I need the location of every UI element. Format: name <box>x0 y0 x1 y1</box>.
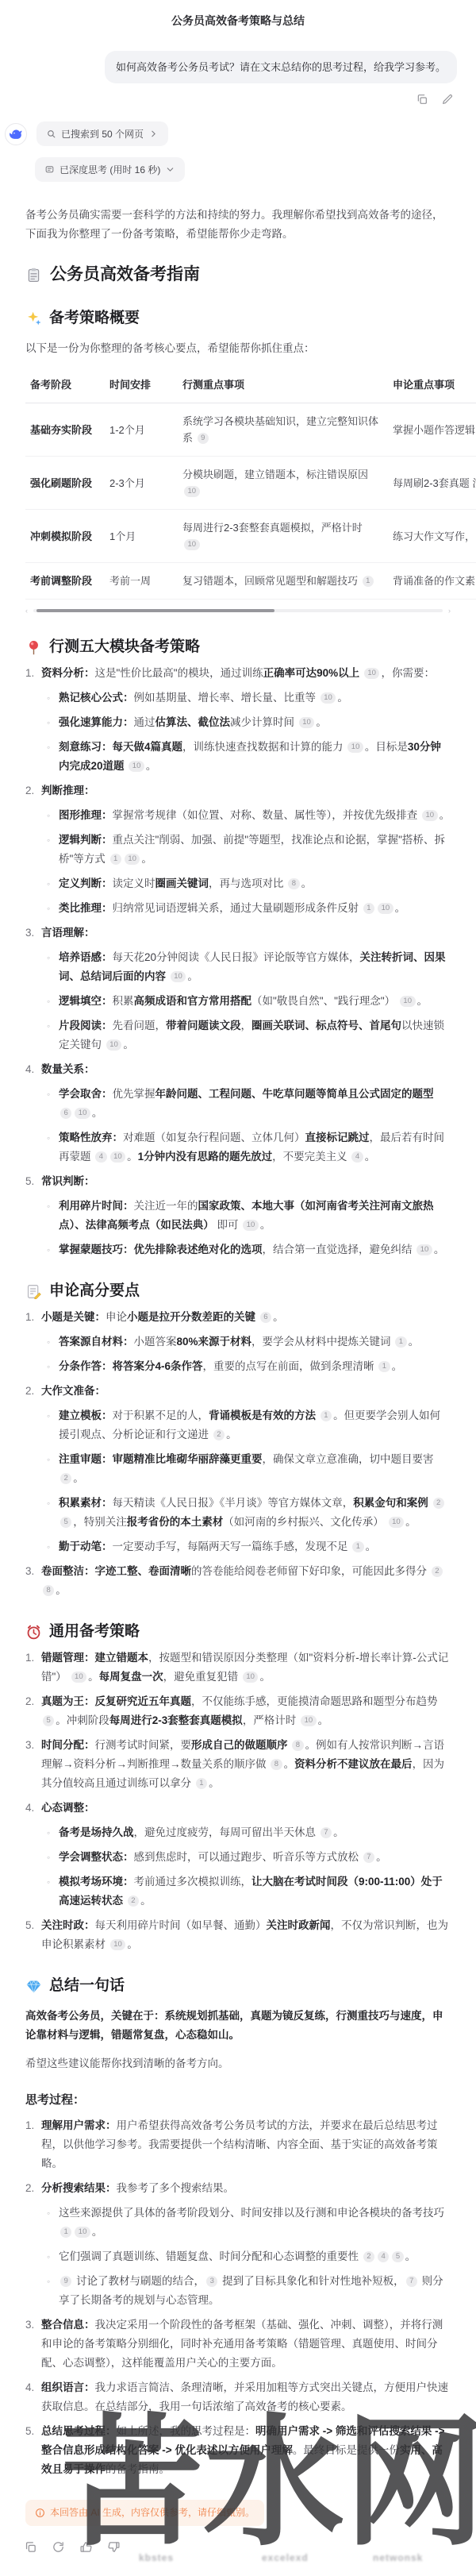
bold-text: 积累金句和案例 <box>353 1497 428 1509</box>
text: ，重要的点写在前面，做到条理清晰 <box>203 1360 378 1372</box>
text: 掌握小题作答逻辑 <box>393 424 475 436</box>
citation-badge[interactable]: 3 <box>206 2276 217 2287</box>
bold-text: 形成自己的做题顺序 <box>191 1739 288 1751</box>
bullet-icon: ◦ <box>47 1085 59 1123</box>
text: 。 <box>88 1671 99 1683</box>
bullet-icon: ◦ <box>47 1357 59 1376</box>
text <box>255 1311 259 1323</box>
sub-list-item: ◦注重审题：审题精准比堆砌华丽辞藻更重要，确保文章立意准确，切中题目要害 2。 <box>25 1450 451 1488</box>
list-item-number: 4. <box>25 1060 41 1079</box>
bold-text: 关注时政新闻 <box>267 1919 331 1931</box>
citation-badge[interactable]: 1 <box>363 903 374 914</box>
list-item: 5.关注时政：每天利用碎片时间（如早餐、通勤）关注时政新闻，不仅为常识判断，也为… <box>25 1916 451 1954</box>
citation-badge[interactable]: 9 <box>60 2276 71 2287</box>
bold-text: 背诵模板是有效的方法 <box>209 1409 316 1421</box>
citation-badge[interactable]: 2 <box>363 2251 374 2262</box>
citation-badge[interactable]: 5 <box>43 1715 54 1726</box>
bullet-icon: ◦ <box>47 1823 59 1842</box>
text: ，避免重复犯错 <box>163 1671 241 1683</box>
citation-badge[interactable]: 8 <box>271 1759 282 1770</box>
bold-text: 优先排除表述绝对化的选项 <box>134 1244 263 1255</box>
citation-badge[interactable]: 5 <box>60 1517 71 1528</box>
citation-badge[interactable]: 2 <box>128 1895 139 1907</box>
bold-text: 理解用户需求： <box>41 2119 117 2131</box>
text: 。 <box>409 1336 420 1348</box>
list-item: 5.常识判断： <box>25 1172 451 1191</box>
ai-generated-notice: 本回答由 AI 生成，内容仅供参考，请仔细甄别。 <box>25 2500 264 2526</box>
list-item-number: 3. <box>25 2316 41 2373</box>
citation-badge[interactable]: 10 <box>75 1108 90 1119</box>
bold-text: 直接标记跳过 <box>305 1132 370 1143</box>
sub-list-item: ◦这些来源提供了具体的备考阶段划分、时间安排以及行测和申论各模块的备考技巧 11… <box>25 2204 451 2242</box>
text: 。 <box>301 877 313 889</box>
bullet-icon: ◦ <box>47 1128 59 1167</box>
text: 。 <box>146 760 157 772</box>
sub-list-item-text: 勤于动笔：一定要动手写，每隔两天写一篇练手感，发现不足 1。 <box>59 1537 451 1556</box>
thumbs-up-icon[interactable] <box>79 2540 93 2554</box>
page-title: 公务员高效备考策略与总结 <box>0 0 476 33</box>
list-item-text: 言语理解： <box>41 924 451 943</box>
list-item-text: 理解用户需求：用户希望获得高效备考公务员考试的方法，并要求在最后总结思考过程，以… <box>41 2116 451 2173</box>
citation-badge[interactable]: 10 <box>321 692 336 704</box>
list-item: 4.组织语言：我力求语言简洁、条理清晰，并采用加粗等方式突出关键点，方便用户快速… <box>25 2378 451 2416</box>
citation-badge[interactable]: 10 <box>378 903 393 914</box>
bold-text: 每周复盘一次 <box>99 1671 163 1683</box>
text: 。 <box>440 809 451 821</box>
section-heading-text: 申论高分要点 <box>49 1280 140 1302</box>
text: 。 <box>405 2250 416 2262</box>
section-heading: 总结一句话 <box>25 1975 451 1997</box>
search-icon <box>46 129 56 139</box>
table-cell: 2-3个月 <box>105 457 178 510</box>
sub-list-item-text: 片段阅读：先看问题，带着问题读文段，圈画关联词、标点符号、首尾句以快速锁定关键句… <box>59 1016 451 1055</box>
citation-badge[interactable]: 4 <box>95 1151 106 1163</box>
bold-text: 大作文准备： <box>41 1385 106 1397</box>
sub-list-item: ◦它们强调了真题训练、错题复盘、时间分配和心态调整的重要性 245。 <box>25 2247 451 2266</box>
citation-badge[interactable]: 10 <box>129 761 144 772</box>
list-item-number: 1. <box>25 2116 41 2173</box>
paragraph: 希望这些建议能帮你找到清晰的备考方向。 <box>25 2054 451 2073</box>
scroll-left-arrow[interactable]: ‹ <box>25 606 28 615</box>
paragraph: 备考公务员确实需要一套科学的方法和持续的努力。我理解你希望找到高效备考的途径，下… <box>25 206 451 244</box>
citation-badge[interactable]: 10 <box>125 854 140 865</box>
sub-list-item-text: 它们强调了真题训练、错题复盘、时间分配和心态调整的重要性 245。 <box>59 2247 451 2266</box>
text: 小题答案 <box>134 1336 177 1348</box>
sub-list-item: ◦类比推理：归纳常见词语逻辑关系，通过大量刷题形成条件反射 110。 <box>25 899 451 918</box>
sub-list-item-text: 强化速算能力：通过估算法、截位法减少计算时间 10。 <box>59 713 451 732</box>
sub-list-item-text: 分条作答：将答案分4-6条作答，重要的点写在前面，做到条理清晰 1。 <box>59 1357 451 1376</box>
citation-badge[interactable]: 7 <box>406 2276 417 2287</box>
list-item-number: 2. <box>25 1382 41 1401</box>
list-item: 2.真题为王：反复研究近五年真题，不仅能练手感，更能摸清命题思路和题型分布趋势 … <box>25 1692 451 1730</box>
section-heading-text: 思考过程： <box>25 2093 85 2107</box>
list-item-text: 分析搜索结果：我参考了多个搜索结果。 <box>41 2179 451 2198</box>
list-item: 1.错题管理：建立错题本，按题型和错误原因分类整理（如"资料分析-增长率计算-公… <box>25 1649 451 1687</box>
sub-list-item-text: 类比推理：归纳常见词语逻辑关系，通过大量刷题形成条件反射 110。 <box>59 899 451 918</box>
text: 一定要动手写，每隔两天写一篇练手感，发现不足 <box>113 1541 351 1552</box>
bullet-icon: ◦ <box>47 1537 59 1556</box>
sub-list-item-text: 学会取舍：优先掌握年龄问题、工程问题、牛吃草问题等简单且公式固定的题型 610。 <box>59 1085 451 1123</box>
text: ，特别关注 <box>73 1516 127 1528</box>
text: 这是"性价比最高"的模块，通过训练 <box>95 667 263 679</box>
sub-list-item-text: 注重审题：审题精准比堆砌华丽辞藻更重要，确保文章立意准确，切中题目要害 2。 <box>59 1450 451 1488</box>
text: 。 <box>259 1671 271 1683</box>
sub-list-item-text: 9 讨论了教材与刷题的结合，3 提到了目标具象化和针对性地补短板，7 则分享了长… <box>59 2272 451 2310</box>
sub-list-item: ◦备考是场持久战，避免过度疲劳，每周可留出半天休息 7。 <box>25 1823 451 1842</box>
section-heading-text: 行测五大模块备考策略 <box>49 636 200 658</box>
bullet-icon: ◦ <box>47 1848 59 1867</box>
citation-badge[interactable]: 6 <box>60 1108 71 1119</box>
citation-badge[interactable]: 1 <box>321 1410 332 1421</box>
citation-badge[interactable]: 7 <box>363 1852 374 1863</box>
table-cell: 分模块刷题，建立错题本，标注错误原因 10 <box>178 457 388 510</box>
bold-text: 审题精准比堆砌华丽辞藻更重要 <box>113 1453 263 1465</box>
section-heading: 通用备考策略 <box>25 1621 451 1643</box>
citation-badge[interactable]: 5 <box>392 2251 403 2262</box>
sub-list-item-text: 图形推理：掌握常考规律（如位置、对称、数量、属性等），并按优先级排查 10。 <box>59 806 451 825</box>
bold-text: 数量关系： <box>41 1063 95 1075</box>
citation-badge[interactable]: 10 <box>71 1672 87 1683</box>
assistant-header-row: 已搜索到 50 个网页 <box>0 106 476 146</box>
text: 的备考指南。 <box>106 2463 170 2475</box>
bold-text: 策略性放弃： <box>59 1132 123 1143</box>
text: 练习大作文写作， <box>393 530 475 542</box>
text: 2-3个月 <box>109 477 145 489</box>
sub-list-item-text: 备考是场持久战，避免过度疲劳，每周可留出半天休息 7。 <box>59 1823 451 1842</box>
text: 每周刷2-3套真题 混乱处 <box>393 477 476 489</box>
bullet-icon: ◦ <box>47 992 59 1011</box>
pin-icon <box>25 639 42 656</box>
bold-text: 高频成语和官方常用搭配 <box>134 995 252 1007</box>
citation-badge[interactable]: 8 <box>288 878 299 889</box>
citation-badge[interactable]: 2 <box>432 1566 443 1577</box>
table-cell: 背诵准备的作文素 <box>388 563 476 600</box>
table-horizontal-scrollbar: ‹› <box>25 606 451 615</box>
paragraph: 以下是一份为你整理的备考核心要点，希望能帮你抓住重点： <box>25 339 451 358</box>
text: 。 <box>337 692 348 704</box>
bullet-icon: ◦ <box>47 1240 59 1259</box>
text: 。 <box>73 1472 84 1484</box>
bold-text: 每周进行2-3套整套真题模拟 <box>109 1714 243 1726</box>
list-item-text: 常识判断： <box>41 1172 451 1191</box>
text: 申论 <box>106 1311 127 1323</box>
text: 。 <box>141 853 152 865</box>
user-message-bubble: 如何高效备考公务员考试？请在文末总结你的思考过程，给我学习参考。 <box>105 51 457 83</box>
citation-badge[interactable]: 10 <box>416 1244 432 1255</box>
table-cell: 系统学习各模块基础知识，建立完整知识体系 9 <box>178 403 388 457</box>
citation-badge[interactable]: 2 <box>60 1473 71 1484</box>
sub-list-item: ◦勤于动笔：一定要动手写，每隔两天写一篇练手感，发现不足 1。 <box>25 1537 451 1556</box>
bold-text: 强化刷题阶段 <box>30 477 92 489</box>
bullet-icon: ◦ <box>47 899 59 918</box>
text: ，训练快速查找数据和计算的能力 <box>182 741 346 753</box>
list-item-text: 小题是关键：申论小题是拉开分数差距的关键 6。 <box>41 1308 451 1327</box>
text <box>123 1895 126 1907</box>
bold-text: 备考是场持久战 <box>59 1826 134 1838</box>
user-message-actions <box>0 83 476 106</box>
text: 。 <box>365 1151 376 1163</box>
text: 。最终目标是提供一份 <box>293 2444 400 2456</box>
text: 。 <box>56 1584 67 1596</box>
bullet-icon: ◦ <box>47 713 59 732</box>
bold-text: 关注时政： <box>41 1919 95 1931</box>
citation-badge[interactable]: 2 <box>213 1429 225 1440</box>
bold-text: 定义判断： <box>59 877 113 889</box>
deep-think-pill[interactable]: 已深度思考 (用时 16 秒) <box>35 157 185 182</box>
list-item-number: 5. <box>25 2422 41 2479</box>
text: 。 <box>209 1777 220 1789</box>
text: 我参考了多个搜索结果。 <box>117 2182 235 2194</box>
citation-badge[interactable]: 6 <box>260 1312 271 1323</box>
text: 。 <box>127 1938 138 1950</box>
text <box>316 1409 319 1421</box>
ordered-list: 1.理解用户需求：用户希望获得高效备考公务员考试的方法，并要求在最后总结思考过程… <box>25 2116 451 2479</box>
sub-list-item-text: 熟记核心公式：例如基期量、增长率、增长量、比重等 10。 <box>59 688 451 708</box>
bold-text: 反复研究近五年真题 <box>95 1695 192 1707</box>
citation-badge[interactable]: 10 <box>110 1151 126 1163</box>
sub-list-item-text: 学会调整状态：感到焦虑时，可以通过跑步、听音乐等方式放松 7。 <box>59 1848 451 1867</box>
bullet-icon: ◦ <box>47 948 59 986</box>
citation-badge[interactable]: 10 <box>243 1672 259 1683</box>
bullet-icon: ◦ <box>47 831 59 869</box>
regenerate-icon[interactable] <box>52 2540 65 2554</box>
sub-list-item-text: 掌握蒙题技巧：优先排除表述绝对化的选项，结合第一直觉选择，避免纠结 10。 <box>59 1240 451 1259</box>
citation-badge[interactable]: 10 <box>184 539 200 550</box>
bold-text: 类比推理： <box>59 902 113 914</box>
copy-icon[interactable] <box>416 93 428 106</box>
bold-text: 报考省份的本土素材 <box>127 1516 224 1528</box>
text: ，严格计时 <box>243 1714 299 1726</box>
ordered-list: 1.错题管理：建立错题本，按题型和错误原因分类整理（如"资料分析-增长率计算-公… <box>25 1649 451 1954</box>
bold-text: 1分钟内没有思路的题先放过 <box>138 1151 273 1163</box>
bold-text: 刻意练习： <box>59 741 113 753</box>
text: 。 <box>333 1826 344 1838</box>
bold-text: 字迹工整、卷面清晰 <box>95 1565 192 1577</box>
bullet-icon: ◦ <box>47 2272 59 2310</box>
text: 。 <box>140 1895 152 1907</box>
edit-icon[interactable] <box>441 93 454 106</box>
citation-badge[interactable]: 10 <box>171 971 186 982</box>
text: 每天利用碎片时间（如早餐、通勤） <box>95 1919 267 1931</box>
citation-badge[interactable]: 10 <box>400 996 416 1007</box>
citation-badge[interactable]: 1 <box>395 1336 406 1348</box>
table-cell: 每周进行2-3套整套真题模拟，严格计时 10 <box>178 510 388 563</box>
text: 。 <box>395 902 406 914</box>
bold-text: 80%来源于材料 <box>177 1336 252 1348</box>
citation-badge[interactable]: 1 <box>110 854 121 865</box>
citation-badge[interactable]: 10 <box>422 810 438 821</box>
sub-list-item-text: 模拟考场环境：考前通过多次模拟训练，让大脑在考试时间段（9:00-11:00）处… <box>59 1872 451 1911</box>
bold-text: 将答案分4-6条作答 <box>113 1360 203 1372</box>
sub-list-item-text: 这些来源提供了具体的备考阶段划分、时间安排以及行测和申论各模块的备考技巧 110… <box>59 2204 451 2242</box>
text: 。 <box>376 1851 387 1863</box>
citation-badge[interactable]: 10 <box>243 1220 259 1231</box>
bold-text: 注重审题： <box>59 1453 113 1465</box>
sub-list-item-text: 逻辑判断：重点关注"削弱、加强、前提"等题型，找准论点和论据，掌握"搭桥、拆桥"… <box>59 831 451 869</box>
list-item: 1.小题是关键：申论小题是拉开分数差距的关键 6。 <box>25 1308 451 1327</box>
text: 通过 <box>134 716 155 728</box>
text <box>166 970 169 982</box>
search-pill-label: 已搜索到 50 个网页 <box>61 127 144 141</box>
citation-badge[interactable]: 8 <box>43 1585 54 1596</box>
sub-list-item: ◦片段阅读：先看问题，带着问题读文段，圈画关联词、标点符号、首尾句以快速锁定关键… <box>25 1016 451 1055</box>
assistant-message-body: 备考公务员确实需要一套科学的方法和持续的努力。我理解你希望找到高效备考的途径，下… <box>0 182 476 2479</box>
deep-think-icon <box>44 164 55 175</box>
bold-text: 基础夯实阶段 <box>30 424 92 436</box>
list-item-text: 关注时政：每天利用碎片时间（如早餐、通勤）关注时政新闻，不仅为常识判断，也为申论… <box>41 1916 451 1954</box>
citation-badge[interactable]: 9 <box>198 433 209 444</box>
sub-list-item-text: 答案源自材料：小题答案80%来源于材料，要学会从材料中提炼关键词 1。 <box>59 1332 451 1352</box>
text: ，要学会从材料中提炼关键词 <box>251 1336 393 1348</box>
sub-list-item-text: 积累素材：每天精读《人民日报》《半月谈》等官方媒体文章，积累金句和案例 25，特… <box>59 1494 451 1532</box>
bold-text: 小题是拉开分数差距的关键 <box>127 1311 255 1323</box>
bold-text: 强化速算能力： <box>59 716 134 728</box>
citation-badge[interactable]: 10 <box>106 1039 122 1051</box>
list-item-number: 2. <box>25 2179 41 2198</box>
table-cell: 冲刺模拟阶段 <box>25 510 105 563</box>
sub-list-item: ◦熟记核心公式：例如基期量、增长率、增长量、比重等 10。 <box>25 688 451 708</box>
sub-list-item-text: 策略性放弃：对难题（如复杂行程问题、立体几何）直接标记跳过，最后若有时间再蒙题 … <box>59 1128 451 1167</box>
memo-icon <box>25 1283 42 1300</box>
list-item-text: 组织语言：我力求语言简洁、条理清晰，并采用加粗等方式突出关键点，方便用户快速获取… <box>41 2378 451 2416</box>
citation-badge[interactable]: 10 <box>110 1939 126 1950</box>
bold-text: 学会调整状态： <box>59 1851 134 1863</box>
bullet-icon: ◦ <box>47 874 59 893</box>
text: 关注近一年的 <box>134 1200 198 1212</box>
sub-list-item: ◦策略性放弃：对难题（如复杂行程问题、立体几何）直接标记跳过，最后若有时间再蒙题… <box>25 1128 451 1167</box>
citation-badge[interactable]: 10 <box>364 668 380 679</box>
strategy-table: 备考阶段时间安排行测重点事项申论重点事项基础夯实阶段1-2个月系统学习各模块基础… <box>25 368 476 600</box>
bold-text: 答案源自材料： <box>59 1336 134 1348</box>
bullet-icon: ◦ <box>47 1016 59 1055</box>
bold-text: 高效备考公务员，关键在于：系统规划抓基础，真题为镜反复练，行测重技巧与速度，申论… <box>25 2010 443 2041</box>
text: 。 <box>318 1714 329 1726</box>
sub-list-item: ◦逻辑填空：积累高频成语和官方常用搭配（如"敬畏自然"、"践行理念"） 10。 <box>25 992 451 1011</box>
sub-list-item: ◦9 讨论了教材与刷题的结合，3 提到了目标具象化和针对性地补短板，7 则分享了… <box>25 2272 451 2310</box>
citation-badge[interactable]: 4 <box>351 1151 363 1163</box>
text: 讨论了教材与刷题的结合， <box>73 2275 205 2287</box>
list-item-text: 时间分配：行测考试时间紧，要形成自己的做题顺序 8。例如有人按常识判断→言语理解… <box>41 1736 451 1793</box>
text: 以下是一份为你整理的备考核心要点，希望能帮你抓住重点： <box>25 342 315 354</box>
sub-list-item: ◦逻辑判断：重点关注"削弱、加强、前提"等题型，找准论点和论据，掌握"搭桥、拆桥… <box>25 831 451 869</box>
bullet-icon: ◦ <box>47 1332 59 1352</box>
strategy-table-viewport: 备考阶段时间安排行测重点事项申论重点事项基础夯实阶段1-2个月系统学习各模块基础… <box>25 368 476 600</box>
list-item: 5.总结思考过程：如上所述，我的思考过程是：明确用户需求 -> 筛选和评估搜索结… <box>25 2422 451 2479</box>
citation-badge[interactable]: 2 <box>433 1498 444 1509</box>
list-item-text: 心态调整： <box>41 1799 451 1818</box>
list-item-number: 3. <box>25 1562 41 1600</box>
section-heading-text: 总结一句话 <box>49 1975 125 1997</box>
text: 。 <box>405 1516 416 1528</box>
text <box>428 1497 432 1509</box>
citation-badge[interactable]: 8 <box>292 1740 303 1751</box>
bold-text: 积累素材： <box>59 1497 113 1509</box>
search-results-pill[interactable]: 已搜索到 50 个网页 <box>36 121 168 146</box>
citation-badge[interactable]: 10 <box>75 2227 90 2238</box>
text: （如河南的乡村振兴、文化传承） <box>223 1516 386 1528</box>
text: ，再与选项对比 <box>209 877 286 889</box>
text: 背诵准备的作文素 <box>393 575 475 587</box>
thumbs-down-icon[interactable] <box>107 2540 121 2554</box>
citation-badge[interactable]: 1 <box>60 2227 71 2238</box>
text: ， <box>241 1020 252 1032</box>
bold-text: 每天做4篇真题 <box>113 741 183 753</box>
list-item-text: 判断推理： <box>41 781 451 800</box>
text: 。 <box>92 2226 103 2238</box>
paragraph: 高效备考公务员，关键在于：系统规划抓基础，真题为镜反复练，行测重技巧与速度，申论… <box>25 2007 451 2045</box>
text: 行测考试时间紧，要 <box>95 1739 192 1751</box>
sub-list-item: ◦刻意练习：每天做4篇真题，训练快速查找数据和计算的能力 10。目标是30分钟内… <box>25 738 451 776</box>
bold-text: 分条作答： <box>59 1360 113 1372</box>
sub-list-item: ◦学会调整状态：感到焦虑时，可以通过跑步、听音乐等方式放松 7。 <box>25 1848 451 1867</box>
scrollbar-thumb[interactable] <box>36 609 274 612</box>
sub-list-item: ◦定义判断：读定义时圈画关键词，再与选项对比 8。 <box>25 874 451 893</box>
list-item: 1.资料分析：这是"性价比最高"的模块，通过训练正确率可达90%以上 10，你需… <box>25 664 451 683</box>
chat-page: 公务员高效备考策略与总结 如何高效备考公务员考试？请在文末总结你的思考过程，给我… <box>0 0 476 2576</box>
list-item-number: 5. <box>25 1172 41 1191</box>
bold-text: 利用碎片时间： <box>59 1200 134 1212</box>
copy-response-icon[interactable] <box>24 2540 37 2554</box>
table-cell: 每周刷2-3套真题 混乱处 10 <box>388 457 476 510</box>
text: 。 <box>366 1541 377 1552</box>
bold-text: 时间分配： <box>41 1739 95 1751</box>
list-item-number: 2. <box>25 1692 41 1730</box>
citation-badge[interactable]: 10 <box>301 1715 317 1726</box>
sub-list-item: ◦建立模板：对于积累不足的人，背诵模板是有效的方法 1。但更要学会别人如何援引观… <box>25 1406 451 1444</box>
table-cell: 练习大作文写作， <box>388 510 476 563</box>
bold-text: 培养语感： <box>59 951 113 963</box>
text: 例如基期量、增长率、增长量、比重等 <box>134 692 319 704</box>
list-item-text: 总结思考过程：如上所述，我的思考过程是：明确用户需求 -> 筛选和评估搜索结果 … <box>41 2422 451 2479</box>
bold-text: 圈画关联词、标点符号、首尾句 <box>251 1020 401 1032</box>
citation-badge[interactable]: 1 <box>363 576 374 587</box>
notice-text: 本回答由 AI 生成，内容仅供参考，请仔细甄别。 <box>50 2506 255 2520</box>
text: 对于积累不足的人， <box>113 1409 209 1421</box>
sub-list-item: ◦答案源自材料：小题答案80%来源于材料，要学会从材料中提炼关键词 1。 <box>25 1332 451 1352</box>
text: 减少计算时间 <box>230 716 297 728</box>
text: 。 <box>187 970 198 982</box>
text: 。 <box>392 1360 403 1372</box>
text: 复习错题本，回顾常见题型和解题技巧 <box>182 575 361 587</box>
text: 它们强调了真题训练、错题复盘、时间分配和心态调整的重要性 <box>59 2250 362 2262</box>
text: 。 <box>417 995 428 1007</box>
text: 先看问题， <box>113 1020 167 1032</box>
scroll-right-arrow[interactable]: › <box>448 606 451 615</box>
sub-list-item-text: 建立模板：对于积累不足的人，背诵模板是有效的方法 1。但更要学会别人如何援引观点… <box>59 1406 451 1444</box>
text: 分模块刷题，建立错题本，标注错误原因 <box>182 469 368 480</box>
list-item: 4.心态调整： <box>25 1799 451 1818</box>
citation-badge[interactable]: 10 <box>347 742 363 753</box>
citation-badge[interactable]: 7 <box>321 1827 332 1838</box>
citation-badge[interactable]: 1 <box>352 1541 363 1552</box>
bold-text: 组织语言： <box>41 2381 95 2393</box>
citation-badge[interactable]: 4 <box>378 2251 389 2262</box>
table-row: 冲刺模拟阶段1个月每周进行2-3套整套真题模拟，严格计时 10练习大作文写作， <box>25 510 476 563</box>
table-header-cell: 时间安排 <box>105 368 178 403</box>
bold-text: 卷面整洁： <box>41 1565 95 1577</box>
list-item-number: 5. <box>25 1916 41 1954</box>
table-cell: 掌握小题作答逻辑 <box>388 403 476 457</box>
bullet-icon: ◦ <box>47 738 59 776</box>
citation-badge[interactable]: 1 <box>196 1778 207 1789</box>
citation-badge[interactable]: 1 <box>378 1361 390 1372</box>
bullet-icon: ◦ <box>47 1494 59 1532</box>
citation-badge[interactable]: 10 <box>299 717 315 728</box>
citation-badge[interactable]: 10 <box>389 1517 405 1528</box>
citation-badge[interactable]: 10 <box>184 486 200 497</box>
text: 的答卷能给阅卷老师留下好印象，可能因此多得分 <box>191 1565 430 1577</box>
text: 读定义时 <box>113 877 155 889</box>
